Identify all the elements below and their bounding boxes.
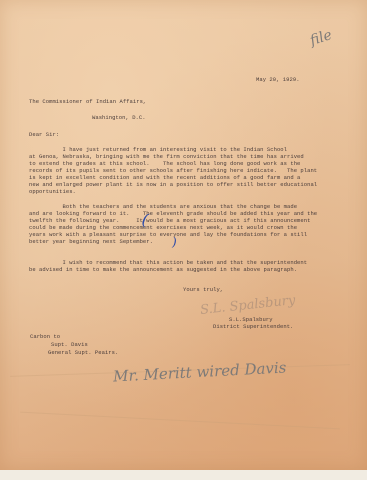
recipient-line-1: The Commissioner of Indian Affairs, bbox=[29, 98, 146, 105]
letter-page: file May 20, 1929. The Commissioner of I… bbox=[0, 0, 367, 470]
file-annotation: file bbox=[308, 27, 334, 49]
paper-crease bbox=[20, 412, 340, 430]
blue-close-bracket: ) bbox=[172, 235, 177, 249]
closing: Yours truly, bbox=[183, 286, 223, 293]
salutation: Dear Sir: bbox=[29, 131, 59, 138]
handwritten-pencil-note: Mr. Meritt wired Davis bbox=[113, 358, 287, 385]
paragraph-line: be advised in time to make the announcem… bbox=[29, 266, 297, 273]
carbon-copy-recipient: General Supt. Peairs. bbox=[48, 349, 118, 356]
scan-margin bbox=[0, 470, 367, 480]
recipient-line-2: Washington, D.C. bbox=[92, 114, 146, 121]
carbon-copy-recipient: Supt. Davis bbox=[51, 341, 88, 348]
paragraph-line: better year beginning next September. bbox=[29, 238, 153, 245]
signer-title: District Superintendent. bbox=[213, 323, 293, 330]
handwritten-signature: S.L. Spalsbury bbox=[199, 293, 296, 318]
carbon-copy-label: Carbon to bbox=[30, 333, 60, 340]
paragraph-line: opportunities. bbox=[29, 188, 76, 195]
letter-date: May 20, 1929. bbox=[256, 76, 300, 83]
